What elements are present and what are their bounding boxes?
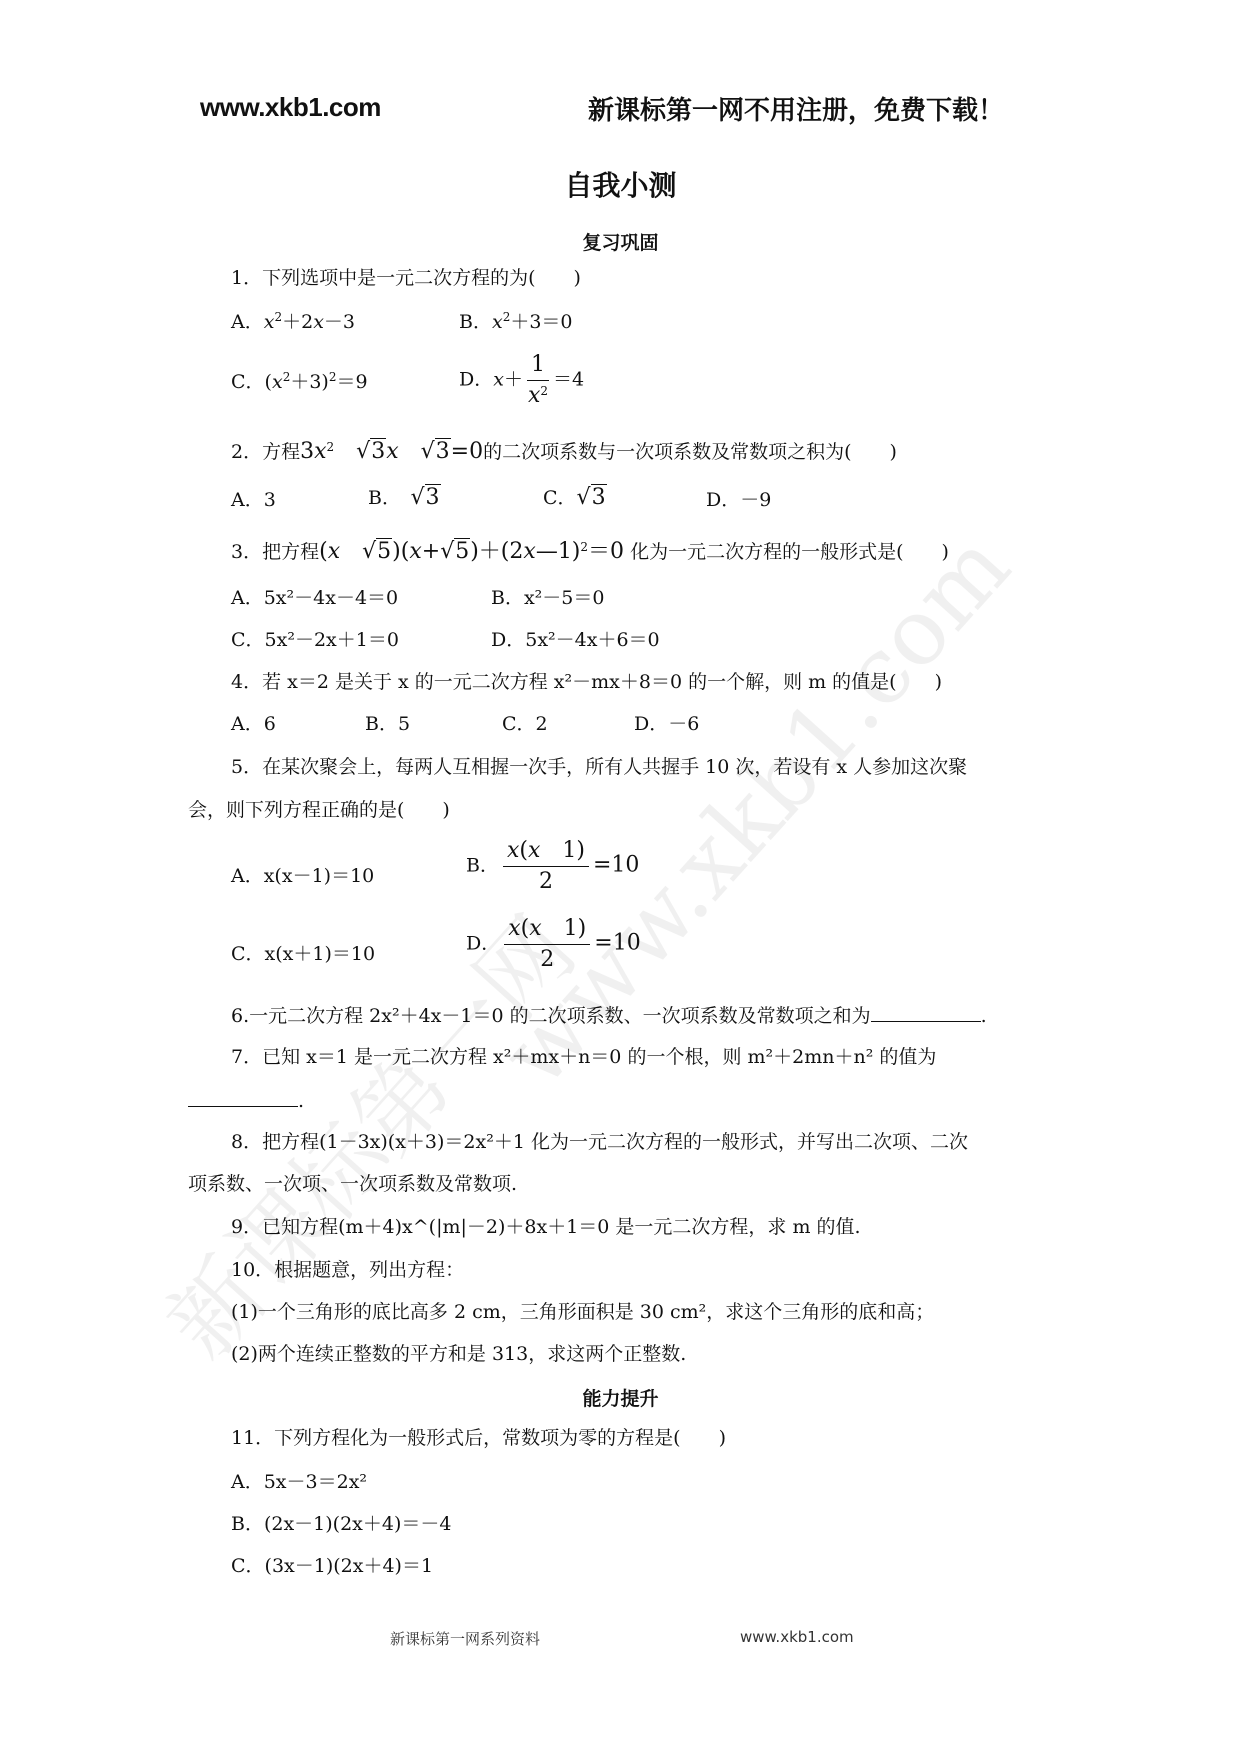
fraction: 1x2	[527, 350, 549, 411]
question-10-stem: 10．根据题意，列出方程：	[231, 1258, 464, 1282]
question-2-option-a: A．3	[231, 488, 276, 512]
question-3-option-b: B．x²－5＝0	[491, 586, 604, 610]
question-5-stem-line-1: 5．在某次聚会上，每两人互相握一次手，所有人共握手 10 次，若设有 x 人参加…	[231, 755, 967, 779]
question-8-stem-line-1: 8．把方程(1－3x)(x＋3)＝2x²＋1 化为一元二次方程的一般形式，并写出…	[231, 1130, 968, 1154]
question-3-option-c: C．5x²－2x＋1＝0	[231, 628, 399, 652]
question-4-stem: 4．若 x＝2 是关于 x 的一元二次方程 x²－mx＋8＝0 的一个解，则 m…	[231, 670, 942, 694]
question-6-stem: 6.一元二次方程 2x²＋4x－1＝0 的二次项系数、一次项系数及常数项之和为.	[231, 1003, 987, 1028]
question-5-option-b: B．x(x 1)2=10	[466, 836, 639, 897]
question-number: 2．方程	[231, 441, 300, 463]
fraction: x(x 1)2	[504, 914, 590, 975]
question-5-option-c: C．x(x＋1)＝10	[231, 942, 375, 966]
question-10-part-2: (2)两个连续正整数的平方和是 313，求这两个正整数.	[231, 1342, 686, 1366]
option-label: D．	[459, 369, 493, 391]
question-text: 6.一元二次方程 2x²＋4x－1＝0 的二次项系数、一次项系数及常数项之和为	[231, 1005, 871, 1027]
option-label: C．	[543, 487, 577, 509]
option-label: C．	[231, 371, 265, 393]
section-review-heading: 复习巩固	[0, 228, 1241, 255]
header-site-url[interactable]: www.xkb1.com	[200, 92, 381, 123]
option-label: A．	[231, 311, 264, 333]
question-9-stem: 9．已知方程(m＋4)x^(|m|－2)＋8x＋1＝0 是一元二次方程，求 m …	[231, 1215, 861, 1239]
question-2-stem: 2．方程3x2 √3x √3=0的二次项系数与一次项系数及常数项之积为( )	[231, 440, 897, 464]
question-number: 3．把方程	[231, 541, 319, 563]
question-text: 化为一元二次方程的一般形式是( )	[630, 541, 949, 563]
question-1-stem: 1．下列选项中是一元二次方程的为( )	[231, 266, 581, 290]
question-5-stem-line-2: 会，则下列方程正确的是( )	[188, 798, 450, 822]
question-4-option-a: A．6	[231, 712, 276, 736]
page-title: 自我小测	[0, 164, 1241, 204]
question-7-stem: 7．已知 x＝1 是一元二次方程 x²＋mx＋n＝0 的一个根，则 m²＋2mn…	[231, 1045, 936, 1069]
question-1-option-a: A．x2＋2x－3	[231, 310, 355, 334]
footer-site-url[interactable]: www.xkb1.com	[740, 1628, 854, 1646]
option-label: B．	[459, 311, 492, 333]
question-2-option-c: C．√3	[543, 486, 607, 510]
question-4-option-c: C．2	[502, 712, 548, 736]
question-1-option-d: D．x＋1x2＝4	[459, 350, 584, 411]
question-text: 的二次项系数与一次项系数及常数项之积为( )	[483, 441, 897, 463]
question-2-option-d: D．－9	[706, 488, 771, 512]
answer-blank[interactable]	[871, 1003, 981, 1022]
question-3-stem: 3．把方程(x √5)(x+√5)＋(2x—1)2＝0 化为一元二次方程的一般形…	[231, 540, 949, 564]
question-7-answer-line: .	[188, 1088, 304, 1113]
question-1-option-c: C．(x2＋3)2＝9	[231, 370, 368, 394]
question-11-option-c: C．(3x－1)(2x＋4)＝1	[231, 1554, 433, 1578]
question-5-option-a: A．x(x－1)＝10	[231, 864, 374, 888]
question-11-option-b: B．(2x－1)(2x＋4)＝－4	[231, 1512, 452, 1536]
question-3-option-d: D．5x²－4x＋6＝0	[491, 628, 660, 652]
question-2-option-b: B． √3	[368, 486, 441, 510]
question-11-option-a: A．5x－3＝2x²	[231, 1470, 367, 1494]
header-slogan: 新课标第一网不用注册，免费下载！	[588, 90, 1004, 127]
fraction: x(x 1)2	[503, 836, 589, 897]
footer-series-label: 新课标第一网系列资料	[390, 1628, 540, 1649]
question-8-stem-line-2: 项系数、一次项、一次项系数及常数项.	[188, 1172, 517, 1196]
option-label: B．	[368, 487, 391, 509]
question-5-option-d: D．x(x 1)2=10	[466, 914, 641, 975]
option-label: B．	[466, 855, 499, 877]
question-11-stem: 11．下列方程化为一般形式后，常数项为零的方程是( )	[231, 1426, 726, 1450]
question-10-part-1: (1)一个三角形的底比高多 2 cm，三角形面积是 30 cm²，求这个三角形的…	[231, 1300, 934, 1324]
question-4-option-b: B．5	[365, 712, 410, 736]
question-3-option-a: A．5x²－4x－4＝0	[231, 586, 398, 610]
question-1-option-b: B．x2＋3＝0	[459, 310, 573, 334]
option-label: D．	[466, 933, 500, 955]
question-4-option-d: D．－6	[634, 712, 699, 736]
answer-blank[interactable]	[188, 1088, 298, 1107]
section-advanced-heading: 能力提升	[0, 1384, 1241, 1411]
